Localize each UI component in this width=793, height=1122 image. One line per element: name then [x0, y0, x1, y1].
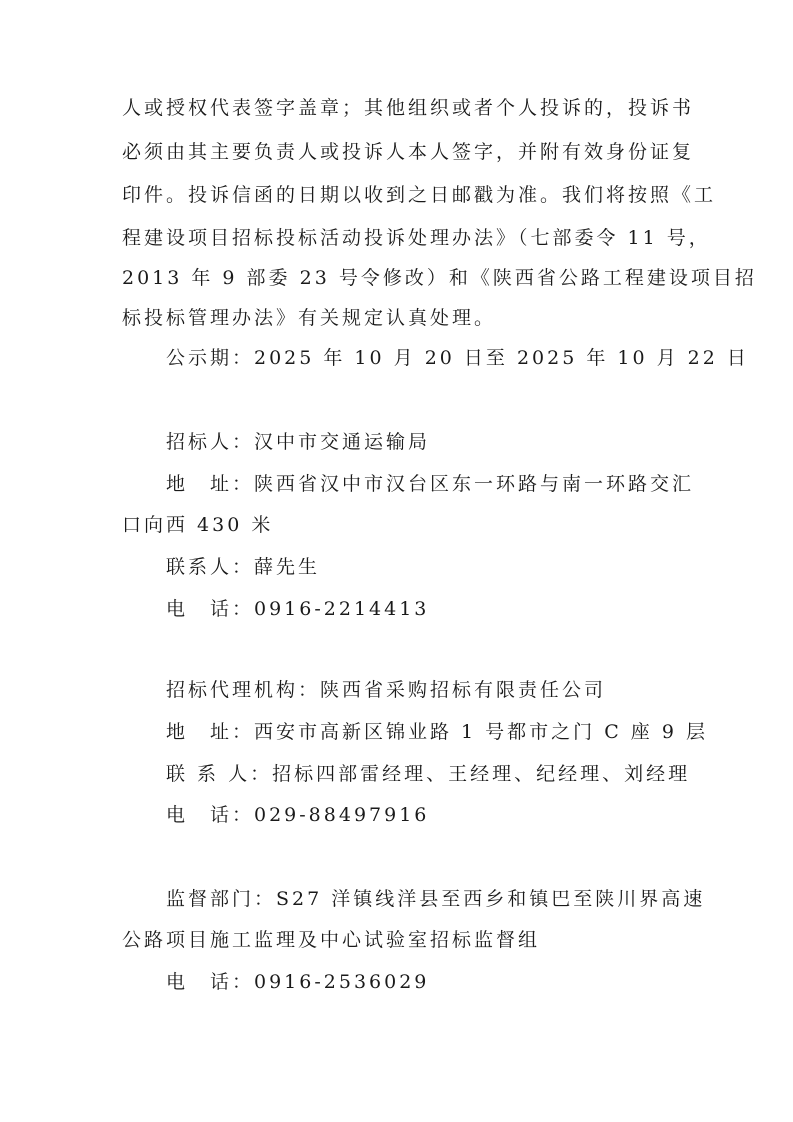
supervision-phone: 电 话：0916-2536029	[166, 967, 429, 997]
paragraph-line: 标投标管理办法》有关规定认真处理。	[122, 303, 496, 333]
supervision-dept-cont: 公路项目施工监理及中心试验室招标监督组	[122, 925, 540, 955]
agency-phone: 电 话：029-88497916	[166, 800, 429, 830]
publicity-period: 公示期：2025 年 10 月 20 日至 2025 年 10 月 22 日	[166, 343, 749, 373]
agency-contact: 联 系 人：招标四部雷经理、王经理、纪经理、刘经理	[166, 759, 690, 789]
tenderer-address: 地 址：陕西省汉中市汉台区东一环路与南一环路交汇	[166, 469, 694, 499]
tenderer-name: 招标人：汉中市交通运输局	[166, 427, 430, 457]
paragraph-line: 必须由其主要负责人或投诉人本人签字，并附有效身份证复	[122, 137, 694, 167]
paragraph-line: 2013 年 9 部委 23 号令修改）和《陕西省公路工程建设项目招	[122, 263, 757, 293]
paragraph-line: 人或授权代表签字盖章；其他组织或者个人投诉的，投诉书	[122, 93, 694, 123]
tenderer-address-cont: 口向西 430 米	[122, 510, 273, 540]
paragraph-line: 印件。投诉信函的日期以收到之日邮戳为准。我们将按照《工	[122, 180, 716, 210]
paragraph-line: 程建设项目招标投标活动投诉处理办法》（七部委令 11 号，	[122, 223, 711, 253]
agency-address: 地 址：西安市高新区锦业路 1 号都市之门 C 座 9 层	[166, 717, 708, 747]
tenderer-contact: 联系人：薛先生	[166, 552, 320, 582]
tenderer-phone: 电 话：0916-2214413	[166, 594, 429, 624]
agency-name: 招标代理机构：陕西省采购招标有限责任公司	[166, 675, 606, 705]
supervision-dept: 监督部门：S27 洋镇线洋县至西乡和镇巴至陕川界高速	[166, 884, 705, 914]
document-page: 人或授权代表签字盖章；其他组织或者个人投诉的，投诉书 必须由其主要负责人或投诉人…	[0, 0, 793, 1122]
